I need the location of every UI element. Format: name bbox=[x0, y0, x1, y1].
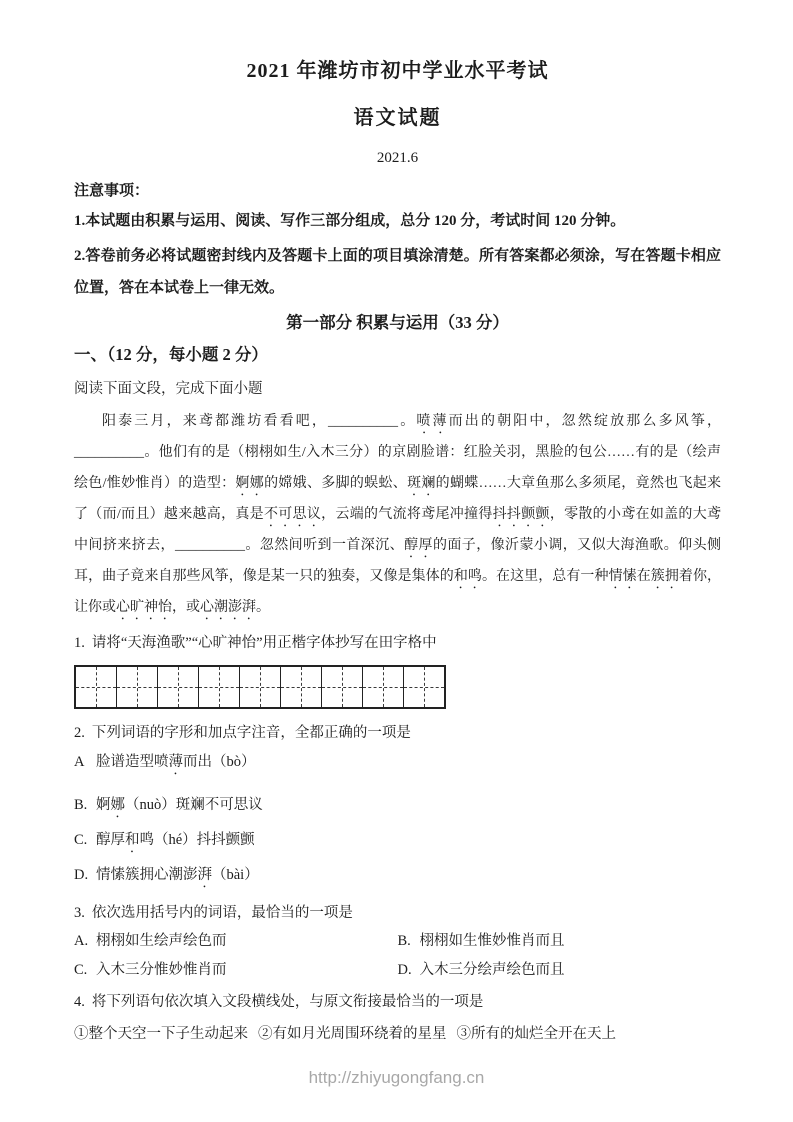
question-2-option-b: B.婀娜（nuò）斑斓不可思议 bbox=[74, 795, 721, 821]
option-label: D. bbox=[74, 865, 96, 885]
option-text: 栩栩如生惟妙惟肖而且 bbox=[420, 933, 565, 949]
tianzige-cell bbox=[117, 667, 158, 707]
tianzige-cell bbox=[158, 667, 199, 707]
question-2-text: 下列词语的字形和加点字注音，全都正确的一项是 bbox=[92, 725, 411, 741]
option-label: B. bbox=[74, 795, 96, 815]
question-4-sentences: ①整个天空一下子生动起来 ②有如月光周围环绕着的星星 ③所有的灿烂全开在天上 bbox=[74, 1024, 721, 1044]
question-3-option-a: A.栩栩如生绘声绘色而 bbox=[74, 931, 398, 951]
question-2: 2.下列词语的字形和加点字注音，全都正确的一项是 bbox=[74, 723, 721, 743]
option-text: 入木三分惟妙惟肖而 bbox=[96, 962, 227, 978]
watermark-url: http://zhiyugongfang.cn bbox=[0, 1068, 793, 1088]
option-text: 婀娜（nuò）斑斓不可思议 bbox=[96, 797, 263, 813]
notice-item-1: 1.本试题由积累与运用、阅读、写作三部分组成，总分 120 分，考试时间 120… bbox=[74, 205, 721, 237]
question-1-number: 1. bbox=[74, 635, 85, 651]
tianzige-cell bbox=[240, 667, 281, 707]
question-3-option-d: D.入木三分绘声绘色而且 bbox=[398, 960, 722, 980]
question-1: 1.请将“天海渔歌”“心旷神怡”用正楷字体抄写在田字格中 bbox=[74, 633, 721, 653]
question-4-text: 将下列语句依次填入文段横线处，与原文衔接最恰当的一项是 bbox=[92, 994, 484, 1010]
section-one-heading: 一、（12 分，每小题 2 分） bbox=[74, 343, 721, 367]
question-4-number: 4. bbox=[74, 994, 85, 1010]
reading-instruction: 阅读下面文段，完成下面小题 bbox=[74, 379, 721, 399]
question-3-option-c: C.入木三分惟妙惟肖而 bbox=[74, 960, 398, 980]
tianzige-cell bbox=[404, 667, 444, 707]
exam-title: 2021 年潍坊市初中学业水平考试 bbox=[74, 58, 721, 85]
sentence-1: ①整个天空一下子生动起来 bbox=[74, 1024, 248, 1044]
option-text: 入木三分绘声绘色而且 bbox=[420, 962, 565, 978]
option-text: 醇厚和鸣（hé）抖抖颤颤 bbox=[96, 832, 255, 848]
option-text: 情愫簇拥心潮澎湃（bài） bbox=[96, 867, 259, 883]
passage-text: 阳泰三月，来鸢都潍坊看看吧，__________。喷薄而出的朝阳中，忽然绽放那么… bbox=[74, 406, 721, 623]
tianzige-cell bbox=[322, 667, 363, 707]
question-2-option-d: D.情愫簇拥心潮澎湃（bài） bbox=[74, 865, 721, 891]
option-label: C. bbox=[74, 830, 96, 850]
part1-heading: 第一部分 积累与运用（33 分） bbox=[74, 311, 721, 335]
option-label: A. bbox=[74, 931, 96, 951]
tianzige-cell bbox=[281, 667, 322, 707]
question-3-options: A.栩栩如生绘声绘色而 B.栩栩如生惟妙惟肖而且 C.入木三分惟妙惟肖而 D.入… bbox=[74, 931, 721, 980]
option-label: B. bbox=[398, 931, 420, 951]
tianzige-grid bbox=[74, 665, 446, 709]
sentence-3: ③所有的灿烂全开在天上 bbox=[457, 1024, 617, 1044]
notice-block: 注意事项： 1.本试题由积累与运用、阅读、写作三部分组成，总分 120 分，考试… bbox=[74, 181, 721, 304]
sentence-2: ②有如月光周围环绕着的星星 bbox=[258, 1024, 447, 1044]
option-label: C. bbox=[74, 960, 96, 980]
notice-item-2: 2.答卷前务必将试题密封线内及答题卡上面的项目填涂清楚。所有答案都必须涂，写在答… bbox=[74, 240, 721, 304]
question-3-option-b: B.栩栩如生惟妙惟肖而且 bbox=[398, 931, 722, 951]
question-3: 3.依次选用括号内的词语，最恰当的一项是 bbox=[74, 903, 721, 923]
question-2-option-c: C.醇厚和鸣（hé）抖抖颤颤 bbox=[74, 830, 721, 856]
option-label: A bbox=[74, 752, 96, 772]
exam-subject: 语文试题 bbox=[74, 105, 721, 132]
question-3-number: 3. bbox=[74, 905, 85, 921]
exam-paper-page: 2021 年潍坊市初中学业水平考试 语文试题 2021.6 注意事项： 1.本试… bbox=[0, 0, 793, 1122]
option-text: 栩栩如生绘声绘色而 bbox=[96, 933, 227, 949]
question-2-number: 2. bbox=[74, 725, 85, 741]
tianzige-cell bbox=[199, 667, 240, 707]
tianzige-cell bbox=[76, 667, 117, 707]
page-content: 2021 年潍坊市初中学业水平考试 语文试题 2021.6 注意事项： 1.本试… bbox=[0, 0, 793, 1044]
question-4: 4.将下列语句依次填入文段横线处，与原文衔接最恰当的一项是 bbox=[74, 992, 721, 1012]
notice-heading: 注意事项： bbox=[74, 181, 721, 202]
option-label: D. bbox=[398, 960, 420, 980]
option-text: 脸谱造型喷薄而出（bò） bbox=[96, 754, 256, 770]
question-2-option-a: A脸谱造型喷薄而出（bò） bbox=[74, 752, 721, 778]
exam-date: 2021.6 bbox=[74, 148, 721, 169]
question-3-text: 依次选用括号内的词语，最恰当的一项是 bbox=[92, 905, 353, 921]
tianzige-cell bbox=[363, 667, 404, 707]
question-1-text: 请将“天海渔歌”“心旷神怡”用正楷字体抄写在田字格中 bbox=[92, 635, 437, 651]
